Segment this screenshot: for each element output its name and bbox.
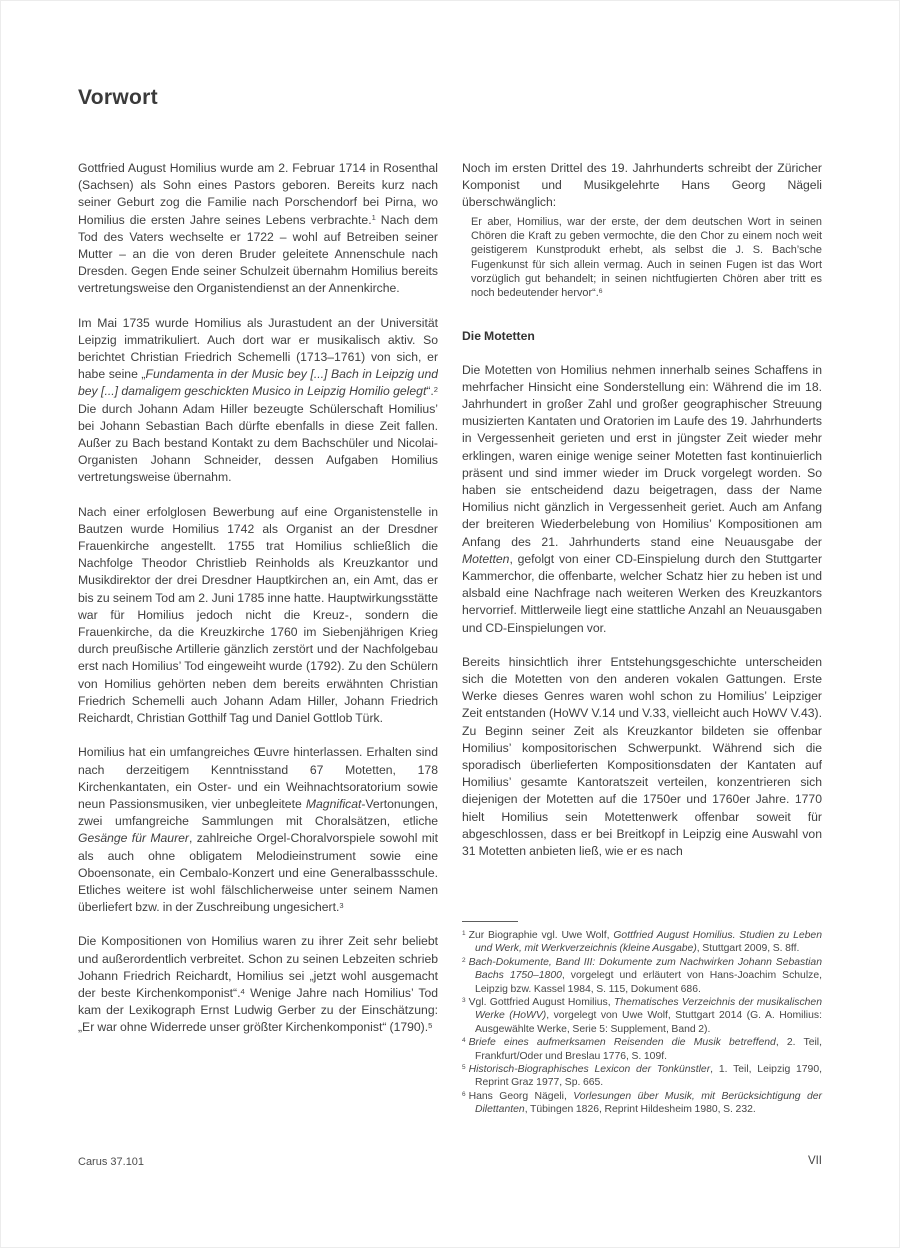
footnote-number: 4 [462,1037,466,1044]
footnote-4: 4Briefe eines aufmerksamen Reisenden die… [462,1036,822,1063]
footnote-6: 6Hans Georg Nägeli, Vorlesungen über Mus… [462,1090,822,1117]
paragraph-reception: Die Kompositionen von Homilius waren zu … [78,933,438,1036]
footnote-5: 5Historisch-Biographisches Lexicon der T… [462,1063,822,1090]
paragraph-biography-birth: Gottfried August Homilius wurde am 2. Fe… [78,160,438,298]
footnote-3: 3Vgl. Gottfried August Homilius, Themati… [462,996,822,1036]
footnote-2: 2Bach-Dokumente, Band III: Dokumente zum… [462,956,822,996]
right-column: Noch im ersten Drittel des 19. Jahrhunde… [462,160,822,860]
document-page: Vorwort Gottfried August Homilius wurde … [0,0,900,1248]
paragraph-dresden-career: Nach einer erfolglosen Bewerbung auf ein… [78,504,438,728]
footnote-number: 6 [462,1091,466,1098]
paragraph-naegeli-intro: Noch im ersten Drittel des 19. Jahrhunde… [462,160,822,212]
footnote-text: Hans Georg Nägeli, Vorlesungen über Musi… [469,1091,822,1115]
footnote-text: Zur Biographie vgl. Uwe Wolf, Gottfried … [469,930,822,954]
paragraph-entstehungsgeschichte: Bereits hinsichtlich ihrer Entstehungsge… [462,654,822,860]
footnote-block: 1Zur Biographie vgl. Uwe Wolf, Gottfried… [462,921,822,1117]
footnote-text: Briefe eines aufmerksamen Reisenden die … [469,1037,822,1061]
block-quote-naegeli: Er aber, Homilius, war der erste, der de… [471,215,822,301]
footnote-number: 2 [462,957,466,964]
footnote-separator [462,921,518,922]
paragraph-leipzig-studies: Im Mai 1735 wurde Homilius als Jurastude… [78,315,438,487]
page-number: VII [808,1155,822,1167]
catalog-number: Carus 37.101 [78,1156,144,1168]
footnote-number: 5 [462,1064,466,1071]
section-heading-motetten: Die Motetten [462,328,822,345]
footnote-number: 1 [462,930,466,937]
footnote-text: Vgl. Gottfried August Homilius, Thematis… [469,997,822,1035]
paragraph-oeuvre: Homilius hat ein umfangreiches Œuvre hin… [78,744,438,916]
page-title: Vorwort [78,86,158,110]
paragraph-motetten-sonderstellung: Die Motetten von Homilius nehmen innerha… [462,362,822,637]
footnote-text: Bach-Dokumente, Band III: Dokumente zum … [469,957,822,995]
footnote-text: Historisch-Biographisches Lexicon der To… [469,1064,822,1088]
left-column: Gottfried August Homilius wurde am 2. Fe… [78,160,438,1037]
footnote-number: 3 [462,997,466,1004]
footnote-1: 1Zur Biographie vgl. Uwe Wolf, Gottfried… [462,929,822,956]
